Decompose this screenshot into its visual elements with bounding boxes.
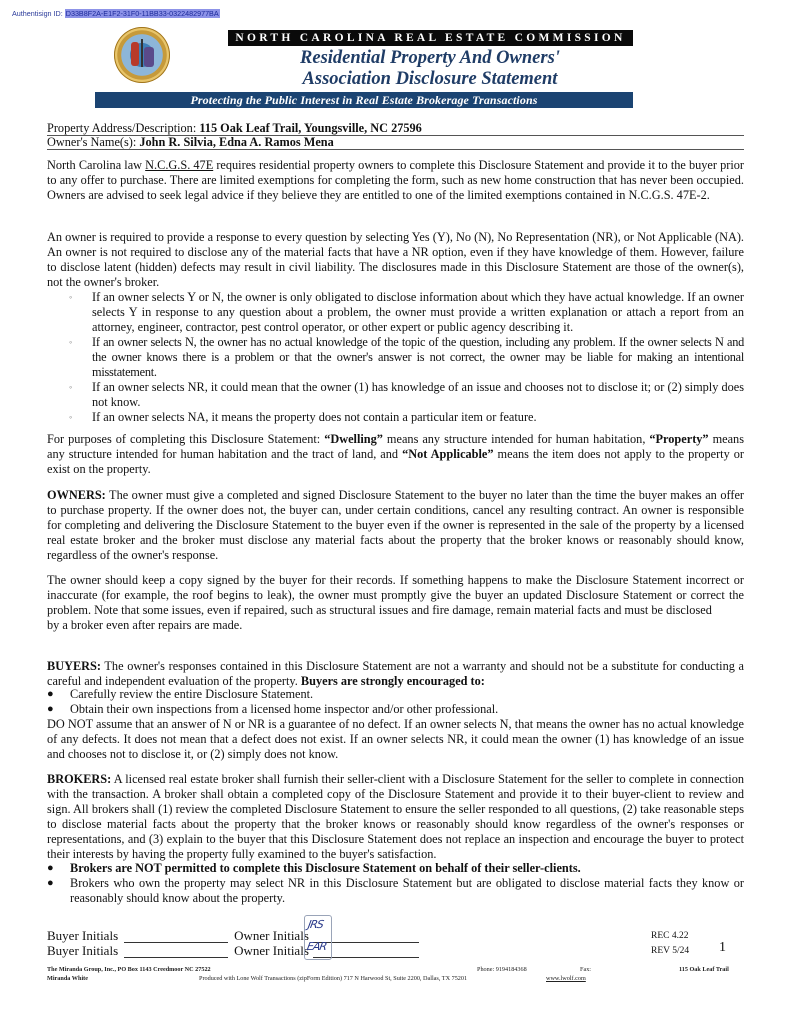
initials-row-1: Buyer InitialsOwner Initials (47, 928, 419, 943)
owner-names-field[interactable]: Owner's Name(s): John R. Silvia, Edna A.… (47, 135, 744, 150)
footer-property: 115 Oak Leaf Trail (679, 966, 729, 974)
intro-text: North Carolina law (47, 158, 145, 172)
definitions-paragraph: For purposes of completing this Disclosu… (47, 432, 744, 477)
authentisign-id: Authentisign ID: D33B8F2A-E1F2-31F0-11BB… (12, 9, 220, 18)
list-item-text: If an owner selects NA, it means the pro… (92, 410, 537, 424)
buyers-warning: DO NOT assume that an answer of N or NR … (47, 717, 744, 762)
list-item: ◦If an owner selects Y or N, the owner i… (47, 290, 744, 335)
footer-agent: Miranda White (47, 975, 88, 983)
list-item: ◦If an owner selects NR, it could mean t… (47, 380, 744, 410)
brokers-list: ●Brokers are NOT permitted to complete t… (47, 861, 744, 906)
buyer-initials-label: Buyer Initials (47, 943, 118, 958)
owner-initials-label: Owner Initials (234, 928, 309, 943)
list-item: ●Brokers who own the property may select… (47, 876, 744, 906)
owners-copy-tail: by a broker even after repairs are made. (47, 618, 242, 632)
bullet-icon: ● (47, 876, 54, 891)
bullet-icon: ◦ (69, 410, 72, 425)
footer-website-link[interactable]: www.lwolf.com (546, 975, 586, 983)
owners-copy-paragraph: The owner should keep a copy signed by t… (47, 573, 744, 633)
initials-row-2: Buyer InitialsOwner Initials (47, 943, 419, 958)
owner-initials-signature-2: EAR (306, 940, 327, 953)
form-title-line2: Association Disclosure Statement (180, 69, 680, 90)
nc-state-seal-icon (114, 27, 170, 83)
property-address-field[interactable]: Property Address/Description: 115 Oak Le… (47, 121, 744, 136)
buyers-emphasis: Buyers are strongly encouraged to: (301, 674, 485, 688)
buyer-initials-label: Buyer Initials (47, 928, 118, 943)
owners-text: The owner must give a completed and sign… (47, 488, 744, 562)
list-item: ◦If an owner selects N, the owner has no… (47, 335, 744, 380)
term-not-applicable: “Not Applicable” (402, 447, 493, 461)
footer-fax: Fax: (580, 966, 591, 974)
buyer-initials-field-2[interactable] (124, 946, 228, 958)
term-dwelling: “Dwelling” (324, 432, 383, 446)
bullet-icon: ● (47, 687, 54, 702)
brokers-text: A licensed real estate broker shall furn… (47, 772, 744, 861)
brokers-heading: BROKERS: (47, 772, 111, 786)
seal-pole (141, 39, 143, 67)
response-options-list: ◦If an owner selects Y or N, the owner i… (47, 290, 744, 425)
authentisign-code: D33B8F2A-E1F2-31F0-11BB33-0322482977BA (65, 9, 220, 18)
bullet-icon: ● (47, 861, 54, 876)
term-property: “Property” (649, 432, 708, 446)
owners-section: OWNERS: The owner must give a completed … (47, 488, 744, 563)
footer-company: The Miranda Group, Inc., PO Box 1143 Cre… (47, 966, 211, 974)
brokers-section: BROKERS: A licensed real estate broker s… (47, 772, 744, 862)
buyers-list: ●Carefully review the entire Disclosure … (47, 687, 744, 717)
owner-names-value[interactable]: John R. Silvia, Edna A. Ramos Mena (139, 135, 333, 149)
list-item-text: If an owner selects Y or N, the owner is… (92, 290, 744, 334)
list-item-text: Carefully review the entire Disclosure S… (70, 687, 313, 701)
intro-paragraph-law: North Carolina law N.C.G.S. 47E requires… (47, 158, 744, 203)
authentisign-label: Authentisign ID: (12, 9, 63, 18)
tagline-banner: Protecting the Public Interest in Real E… (95, 92, 633, 108)
list-item-text: Brokers who own the property may select … (70, 876, 744, 905)
buyers-heading: BUYERS: (47, 659, 101, 673)
bullet-icon: ● (47, 702, 54, 717)
owner-names-label: Owner's Name(s): (47, 135, 136, 149)
owner-initials-label: Owner Initials (234, 943, 309, 958)
definitions-text: For purposes of completing this Disclosu… (47, 432, 324, 446)
bullet-icon: ◦ (69, 335, 72, 350)
commission-banner: NORTH CAROLINA REAL ESTATE COMMISSION (228, 30, 633, 46)
list-item: ●Carefully review the entire Disclosure … (47, 687, 744, 702)
definitions-text: means any structure intended for human h… (383, 432, 649, 446)
owners-copy-text: The owner should keep a copy signed by t… (47, 573, 744, 617)
list-item-text: If an owner selects N, the owner has no … (92, 335, 744, 379)
form-rev-code: REV 5/24 (651, 946, 689, 957)
list-item-text: Brokers are NOT permitted to complete th… (70, 861, 581, 875)
property-address-label: Property Address/Description: (47, 121, 196, 135)
list-item-text: Obtain their own inspections from a lice… (70, 702, 498, 716)
footer-produced-with: Produced with Lone Wolf Transactions (zi… (199, 975, 467, 983)
property-address-value[interactable]: 115 Oak Leaf Trail, Youngsville, NC 2759… (199, 121, 422, 135)
form-title-line1: Residential Property And Owners' (180, 48, 680, 69)
list-item: ●Obtain their own inspections from a lic… (47, 702, 744, 717)
ncgs-47e-link[interactable]: N.C.G.S. 47E (145, 158, 213, 172)
intro-paragraph-responses: An owner is required to provide a respon… (47, 230, 744, 290)
seal-figure-liberty (131, 42, 139, 66)
footer-phone: Phone: 9194184368 (477, 966, 527, 974)
bullet-icon: ◦ (69, 290, 72, 305)
bullet-icon: ◦ (69, 380, 72, 395)
owners-heading: OWNERS: (47, 488, 106, 502)
list-item-text: If an owner selects NR, it could mean th… (92, 380, 744, 409)
list-item: ◦If an owner selects NA, it means the pr… (47, 410, 744, 425)
seal-figure-plenty (144, 47, 154, 67)
buyers-section: BUYERS: The owner's responses contained … (47, 659, 744, 689)
buyer-initials-field-1[interactable] (124, 931, 228, 943)
page-number: 1 (719, 940, 726, 956)
list-item: ●Brokers are NOT permitted to complete t… (47, 861, 744, 876)
owner-initials-signature-1: JRS (307, 918, 324, 931)
form-rec-code: REC 4.22 (651, 931, 688, 942)
